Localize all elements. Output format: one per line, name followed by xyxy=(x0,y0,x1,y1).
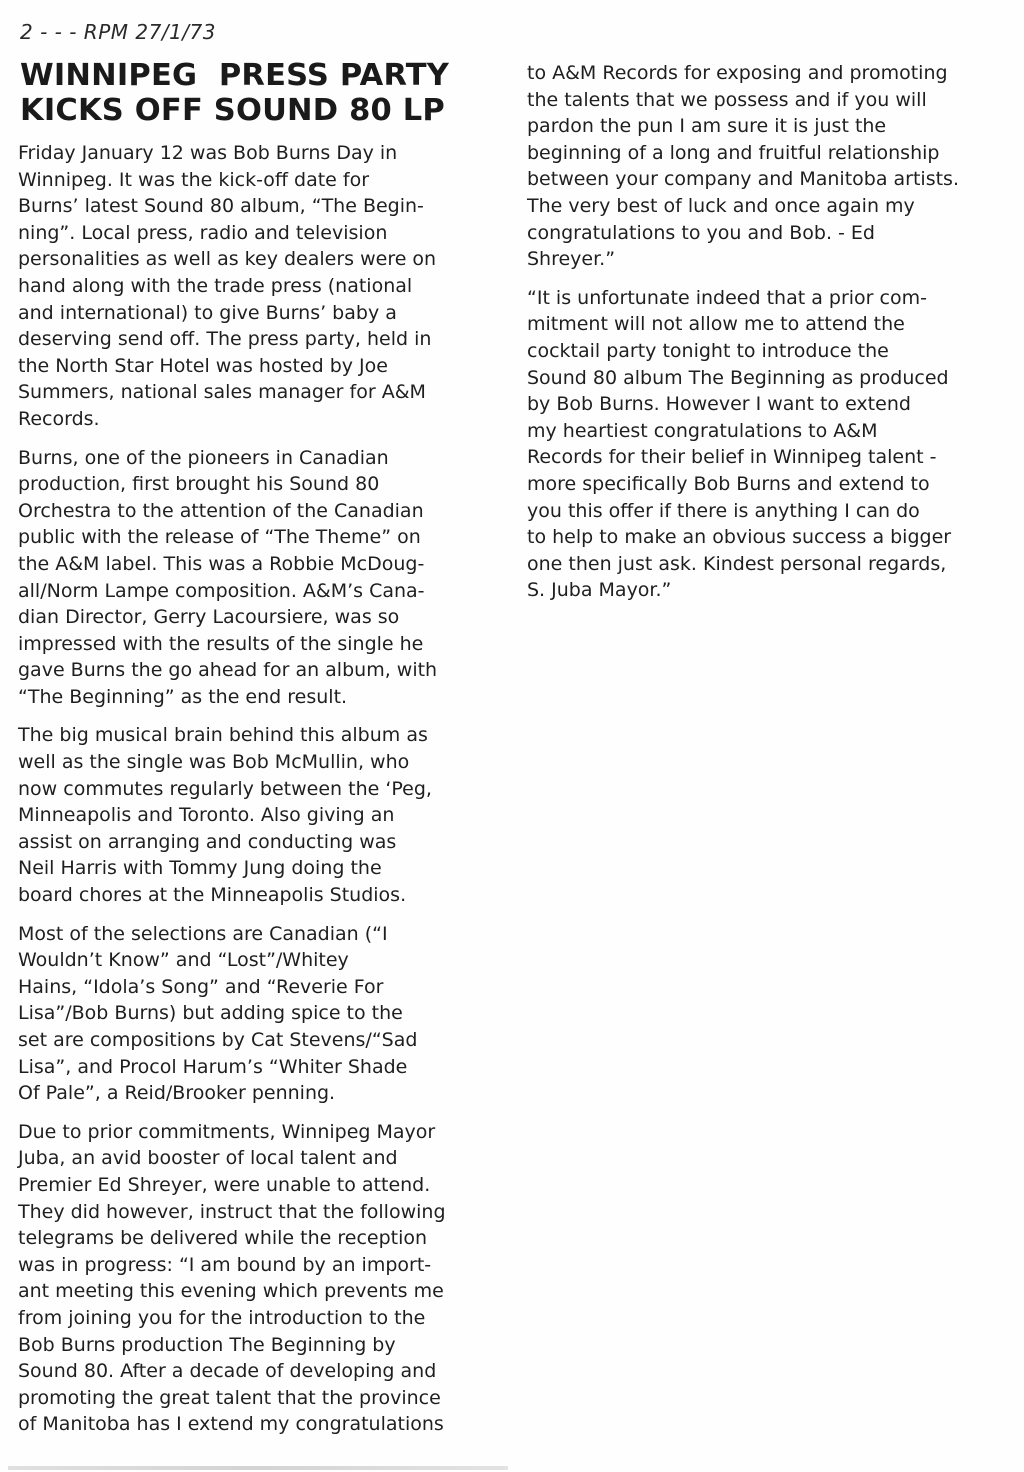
paragraph-shreyer-telegram: to A&M Records for exposing and promotin… xyxy=(527,60,1017,273)
text-line: Lisa”, and Procol Harum’s “Whiter Shade xyxy=(18,1054,496,1081)
text-line: pardon the pun I am sure it is just the xyxy=(527,113,1017,140)
text-line: the talents that we possess and if you w… xyxy=(527,87,1017,114)
text-line: telegrams be delivered while the recepti… xyxy=(18,1225,496,1252)
text-line: Minneapolis and Toronto. Also giving an xyxy=(18,802,496,829)
text-line: to A&M Records for exposing and promotin… xyxy=(527,60,1017,87)
text-line: Orchestra to the attention of the Canadi… xyxy=(18,498,496,525)
text-line: deserving send off. The press party, hel… xyxy=(18,326,496,353)
text-line: all/Norm Lampe composition. A&M’s Cana- xyxy=(18,578,496,605)
text-line: now commutes regularly between the ‘Peg, xyxy=(18,776,496,803)
text-line: Most of the selections are Canadian (“I xyxy=(18,921,496,948)
paragraph-pioneers: Burns, one of the pioneers in Canadian p… xyxy=(18,445,496,711)
text-line: They did however, instruct that the foll… xyxy=(18,1199,496,1226)
text-line: from joining you for the introduction to… xyxy=(18,1305,496,1332)
text-line: impressed with the results of the single… xyxy=(18,631,496,658)
text-line: Friday January 12 was Bob Burns Day in xyxy=(18,140,496,167)
text-line: Sound 80 album The Beginning as produced xyxy=(527,365,1017,392)
text-line: was in progress: “I am bound by an impor… xyxy=(18,1252,496,1279)
text-line: Lisa”/Bob Burns) but adding spice to the xyxy=(18,1000,496,1027)
paragraph-selections: Most of the selections are Canadian (“I … xyxy=(18,921,496,1107)
text-line: Premier Ed Shreyer, were unable to atten… xyxy=(18,1172,496,1199)
headline-line-2: KICKS OFF SOUND 80 LP xyxy=(20,93,500,128)
text-line: Burns’ latest Sound 80 album, “The Begin… xyxy=(18,193,496,220)
text-line: the North Star Hotel was hosted by Joe xyxy=(18,353,496,380)
text-line: more specifically Bob Burns and extend t… xyxy=(527,471,1017,498)
text-line: you this offer if there is anything I ca… xyxy=(527,498,1017,525)
text-line: set are compositions by Cat Stevens/“Sad xyxy=(18,1027,496,1054)
paragraph-telegrams: Due to prior commitments, Winnipeg Mayor… xyxy=(18,1119,496,1438)
text-line: Records. xyxy=(18,406,496,433)
text-line: board chores at the Minneapolis Studios. xyxy=(18,882,496,909)
text-line: Shreyer.” xyxy=(527,246,1017,273)
text-line: and international) to give Burns’ baby a xyxy=(18,300,496,327)
text-line: S. Juba Mayor.” xyxy=(527,577,1017,604)
text-line: The very best of luck and once again my xyxy=(527,193,1017,220)
text-line: Wouldn’t Know” and “Lost”/Whitey xyxy=(18,947,496,974)
text-line: The big musical brain behind this album … xyxy=(18,722,496,749)
text-line: assist on arranging and conducting was xyxy=(18,829,496,856)
text-line: production, first brought his Sound 80 xyxy=(18,471,496,498)
text-line: Bob Burns production The Beginning by xyxy=(18,1332,496,1359)
text-line: public with the release of “The Theme” o… xyxy=(18,524,496,551)
text-line: of Manitoba has I extend my congratulati… xyxy=(18,1411,496,1438)
text-line: promoting the great talent that the prov… xyxy=(18,1385,496,1412)
text-line: dian Director, Gerry Lacoursiere, was so xyxy=(18,604,496,631)
page-folio: 2 - - - RPM 27/1/73 xyxy=(20,20,216,44)
text-line: my heartiest congratulations to A&M xyxy=(527,418,1017,445)
magazine-page: 2 - - - RPM 27/1/73 WINNIPEG PRESS PARTY… xyxy=(0,0,1024,1472)
right-column: to A&M Records for exposing and promotin… xyxy=(527,60,1017,616)
text-line: Winnipeg. It was the kick-off date for xyxy=(18,167,496,194)
text-line: between your company and Manitoba artist… xyxy=(527,166,1017,193)
text-line: beginning of a long and fruitful relatio… xyxy=(527,140,1017,167)
paragraph-juba-telegram: “It is unfortunate indeed that a prior c… xyxy=(527,285,1017,604)
text-line: ant meeting this evening which prevents … xyxy=(18,1278,496,1305)
text-line: cocktail party tonight to introduce the xyxy=(527,338,1017,365)
text-line: gave Burns the go ahead for an album, wi… xyxy=(18,657,496,684)
text-line: mitment will not allow me to attend the xyxy=(527,311,1017,338)
text-line: “It is unfortunate indeed that a prior c… xyxy=(527,285,1017,312)
text-line: Summers, national sales manager for A&M xyxy=(18,379,496,406)
text-line: Hains, “Idola’s Song” and “Reverie For xyxy=(18,974,496,1001)
text-line: Neil Harris with Tommy Jung doing the xyxy=(18,855,496,882)
text-line: Sound 80. After a decade of developing a… xyxy=(18,1358,496,1385)
text-line: Juba, an avid booster of local talent an… xyxy=(18,1145,496,1172)
text-line: “The Beginning” as the end result. xyxy=(18,684,496,711)
headline-line-1: WINNIPEG PRESS PARTY xyxy=(20,58,500,93)
article-headline: WINNIPEG PRESS PARTY KICKS OFF SOUND 80 … xyxy=(20,58,500,128)
text-line: the A&M label. This was a Robbie McDoug- xyxy=(18,551,496,578)
text-line: to help to make an obvious success a big… xyxy=(527,524,1017,551)
paragraph-musical-brain: The big musical brain behind this album … xyxy=(18,722,496,908)
text-line: Burns, one of the pioneers in Canadian xyxy=(18,445,496,472)
text-line: Records for their belief in Winnipeg tal… xyxy=(527,444,1017,471)
text-line: personalities as well as key dealers wer… xyxy=(18,246,496,273)
scan-edge-divider xyxy=(8,1466,508,1470)
paragraph-burns-day: Friday January 12 was Bob Burns Day in W… xyxy=(18,140,496,433)
text-line: Of Pale”, a Reid/Brooker penning. xyxy=(18,1080,496,1107)
text-line: well as the single was Bob McMullin, who xyxy=(18,749,496,776)
text-line: Due to prior commitments, Winnipeg Mayor xyxy=(18,1119,496,1146)
text-line: by Bob Burns. However I want to extend xyxy=(527,391,1017,418)
text-line: ning”. Local press, radio and television xyxy=(18,220,496,247)
left-column: Friday January 12 was Bob Burns Day in W… xyxy=(18,140,496,1450)
text-line: one then just ask. Kindest personal rega… xyxy=(527,551,1017,578)
text-line: congratulations to you and Bob. - Ed xyxy=(527,220,1017,247)
text-line: hand along with the trade press (nationa… xyxy=(18,273,496,300)
